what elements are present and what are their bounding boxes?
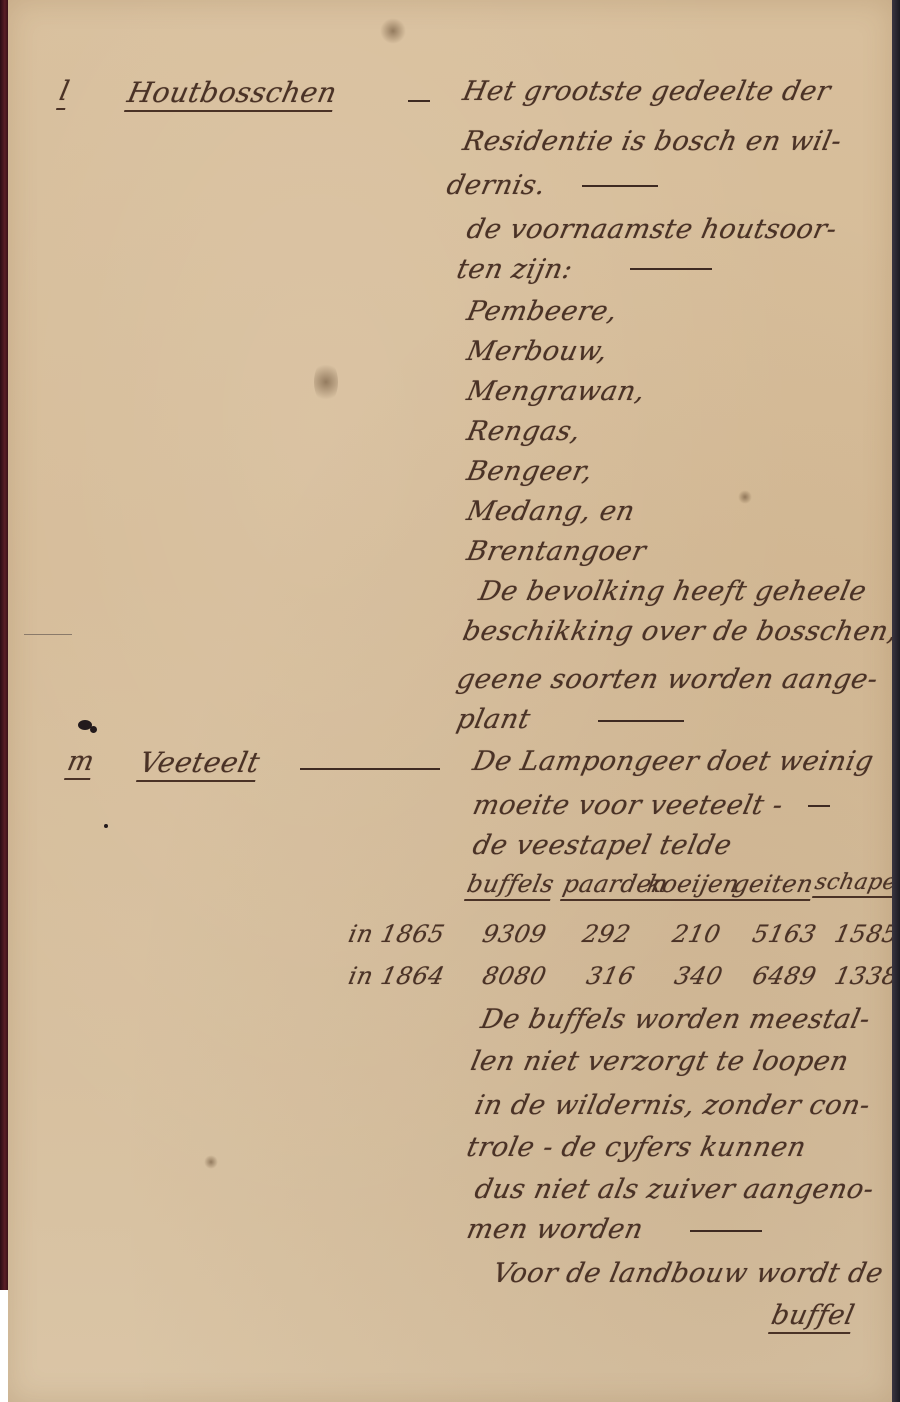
table-header-buffels: buffels bbox=[464, 870, 557, 901]
manuscript-page: l Houtbosschen Het grootste gedeelte der… bbox=[8, 0, 892, 1402]
text-line: De Lampongeer doet weinig bbox=[470, 746, 877, 777]
text-line: Pembeere, bbox=[464, 296, 620, 327]
dash bbox=[630, 268, 712, 270]
table-cell: 292 bbox=[580, 920, 633, 948]
table-row-label: in 1865 bbox=[346, 920, 447, 948]
table-cell: 316 bbox=[584, 962, 637, 990]
dash bbox=[408, 100, 430, 102]
text-line: ten zijn: bbox=[454, 254, 576, 285]
ink-dot bbox=[104, 824, 108, 828]
table-cell: 5163 bbox=[750, 920, 819, 948]
table-header-geiten: geiten bbox=[730, 870, 816, 901]
table-cell: 6489 bbox=[750, 962, 819, 990]
section-heading: Veeteelt bbox=[136, 746, 263, 782]
text-line: Merbouw, bbox=[464, 336, 611, 367]
table-header-schapen: schapen bbox=[812, 870, 900, 898]
text-line: Brentangoer bbox=[464, 536, 649, 567]
section-marker: l bbox=[56, 76, 72, 110]
text-line: de veestapel telde bbox=[470, 830, 735, 861]
text-line: men worden bbox=[464, 1214, 646, 1245]
text-line: Residentie is bosch en wil- bbox=[460, 126, 845, 157]
binding-edge bbox=[0, 0, 8, 1290]
text-line: Bengeer, bbox=[464, 456, 596, 487]
stain-mark bbox=[314, 360, 338, 404]
stain-mark bbox=[380, 18, 406, 44]
catchword: buffel bbox=[768, 1300, 858, 1334]
text-line: trole - de cyfers kunnen bbox=[464, 1132, 809, 1163]
text-line: plant bbox=[454, 704, 533, 735]
stain-mark bbox=[738, 490, 752, 504]
text-line: Rengas, bbox=[464, 416, 584, 447]
table-cell: 8080 bbox=[480, 962, 549, 990]
dash bbox=[690, 1230, 762, 1232]
text-line: Voor de landbouw wordt de bbox=[490, 1258, 886, 1289]
text-line: len niet verzorgt te loopen bbox=[468, 1046, 852, 1077]
text-line: De bevolking heeft geheele bbox=[476, 576, 869, 607]
text-line: in de wildernis, zonder con- bbox=[472, 1090, 873, 1121]
text-line: beschikking over de bosschen, bbox=[460, 616, 900, 647]
table-row-label: in 1864 bbox=[346, 962, 447, 990]
table-cell: 210 bbox=[670, 920, 723, 948]
table-cell: 9309 bbox=[480, 920, 549, 948]
text-line: Mengrawan, bbox=[464, 376, 648, 407]
text-line: Medang, en bbox=[464, 496, 638, 527]
table-header-koeijen: koeijen bbox=[644, 870, 742, 901]
section-heading: Houtbosschen bbox=[124, 76, 340, 112]
text-line: moeite voor veeteelt - bbox=[470, 790, 786, 821]
dash bbox=[808, 805, 830, 807]
text-line: geene soorten worden aange- bbox=[454, 664, 881, 695]
stain-mark bbox=[204, 1155, 218, 1169]
text-line: dus niet als zuiver aangeno- bbox=[472, 1174, 877, 1205]
text-line: Het grootste gedeelte der bbox=[460, 76, 834, 107]
dash bbox=[582, 185, 658, 187]
tear-line bbox=[24, 634, 72, 635]
ink-blot bbox=[90, 726, 97, 733]
text-line: de voornaamste houtsoor- bbox=[464, 214, 840, 245]
section-marker: m bbox=[64, 746, 97, 780]
page-edge bbox=[892, 0, 900, 1402]
binding-gap bbox=[0, 1290, 8, 1402]
text-line: dernis. bbox=[444, 170, 549, 201]
text-line: De buffels worden meestal- bbox=[478, 1004, 873, 1035]
dash bbox=[300, 768, 440, 770]
dash bbox=[598, 720, 684, 722]
table-cell: 1338 bbox=[832, 962, 900, 990]
table-cell: 1585 bbox=[832, 920, 900, 948]
table-cell: 340 bbox=[672, 962, 725, 990]
